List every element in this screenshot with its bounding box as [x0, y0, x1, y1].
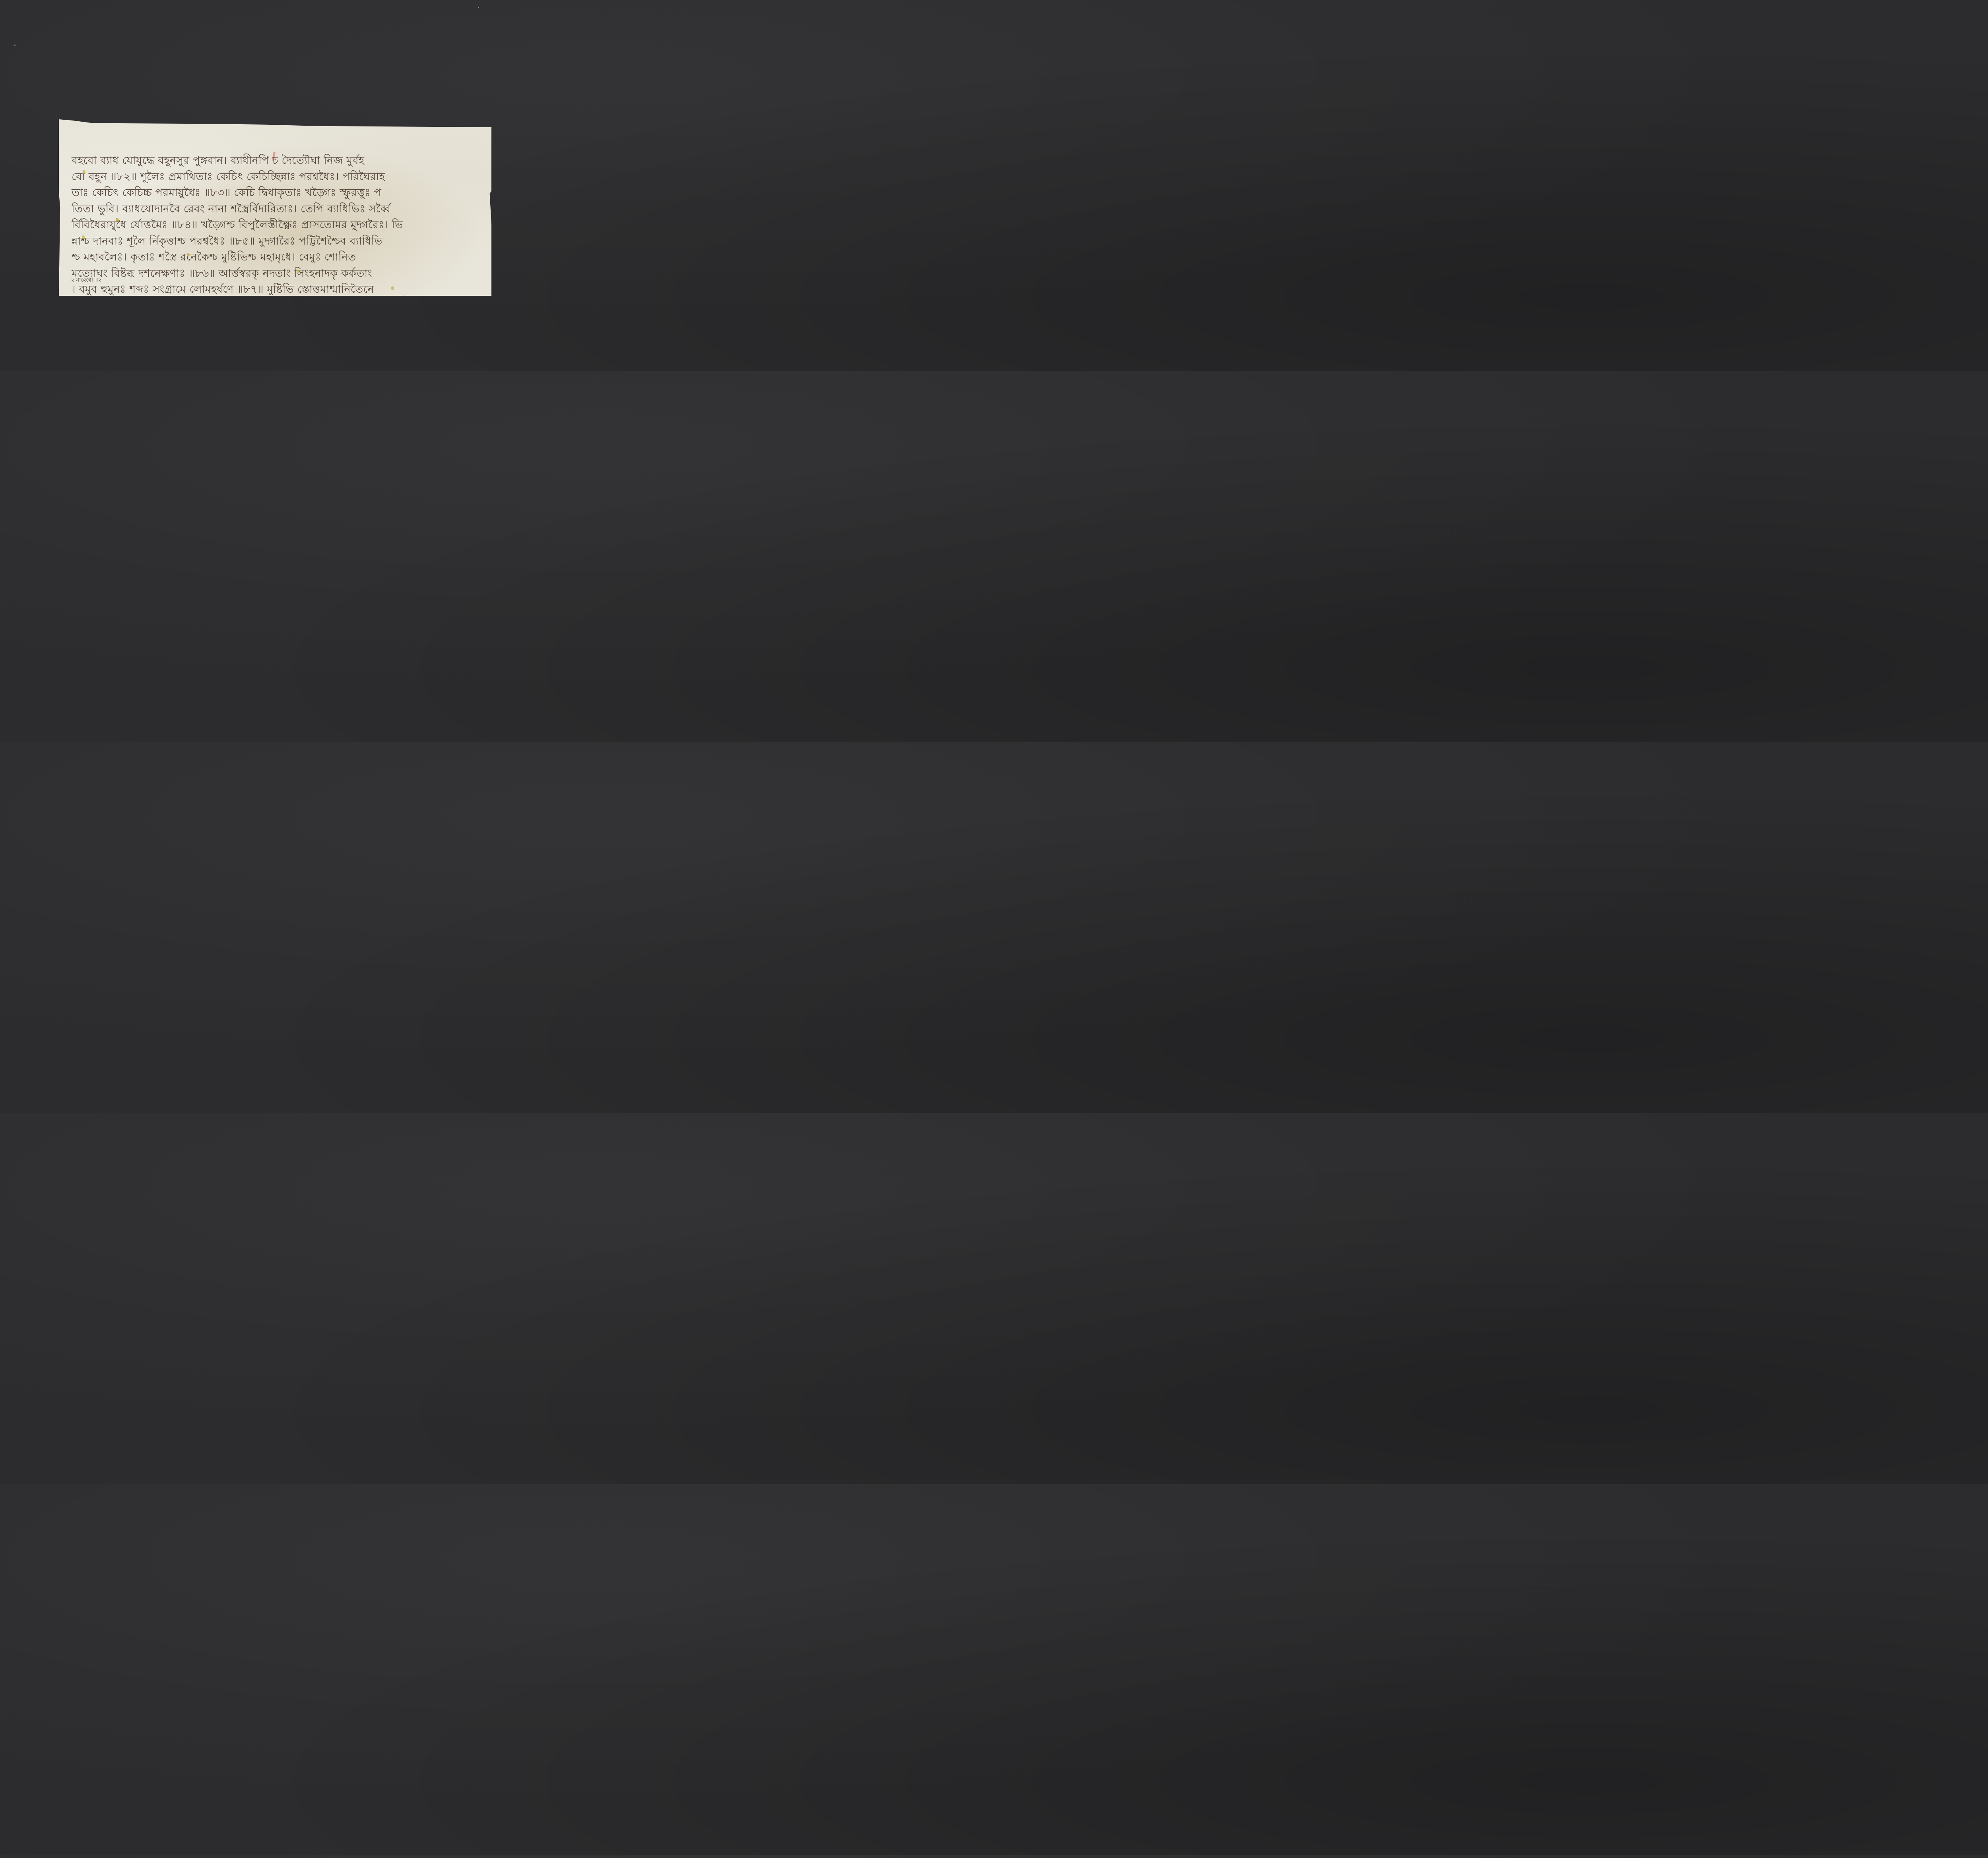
mounting-pin: [90, 295, 92, 296]
text-line-6: ন্নাশ্চ দানবাঃ শূলৈ র্নিকৃত্তাশ্চ পরশ্বধ…: [72, 233, 482, 250]
text-line-3: তাঃ কেচিৎ কেচিচ্চ পরমায়ুধৈঃ ॥৮৩॥ কেচি দ…: [72, 185, 482, 201]
yellow-pigment-spot: [83, 170, 85, 174]
backdrop-speck: [14, 45, 16, 46]
yellow-pigment-spot: [391, 286, 394, 290]
text-line-9: । বমুব হুমুনঃ শব্দঃ সংগ্রামে লোমহর্ষণে ॥…: [72, 282, 482, 298]
folio-marginal-note: ২ মাহেশ্বো ॥২: [71, 275, 102, 285]
yellow-pigment-spot: [297, 270, 299, 273]
text-line-1: বহবো ব্যাধ যোযুদ্ধে বহূনসুর পুঙ্গবান। ব্…: [72, 153, 482, 169]
mounting-pin: [192, 294, 195, 295]
text-line-7: শ্চ মহাবলৈঃ। কৃতাঃ শস্ত্রৈ রনেকৈশ্চ মুষ্…: [72, 249, 482, 266]
manuscript-text-block: বহবো ব্যাধ যোযুদ্ধে বহূনসুর পুঙ্গবান। ব্…: [72, 153, 482, 298]
text-line-8: মত্যোঘং বিষ্টব্ধ দশনেক্ষণাঃ ॥৮৬॥ আর্ত্তস…: [72, 266, 482, 282]
text-line-5: র্বিবিধৈরাযুধৈ র্যোত্তমৈঃ ॥৮৪॥ খড়্গৈশ্চ…: [72, 217, 482, 233]
yellow-pigment-spot: [116, 218, 119, 222]
backdrop-speck: [478, 7, 479, 8]
mounting-pin: [402, 295, 405, 296]
mounting-pin: [335, 294, 337, 295]
yellow-pigment-spot: [82, 235, 85, 239]
yellow-pigment-spot: [187, 253, 190, 257]
manuscript-folio: বহবো ব্যাধ যোযুদ্ধে বহূনসুর পুঙ্গবান। ব্…: [59, 119, 491, 296]
text-line-4: তিতা ভুবি। ব্যাধযোদানবৈ রেবং নানা শস্ত্র…: [72, 201, 482, 218]
text-line-2: বো বহূন ॥৮২॥ শূলৈঃ প্রমাথিতাঃ কেচিৎ কেচি…: [72, 169, 482, 185]
